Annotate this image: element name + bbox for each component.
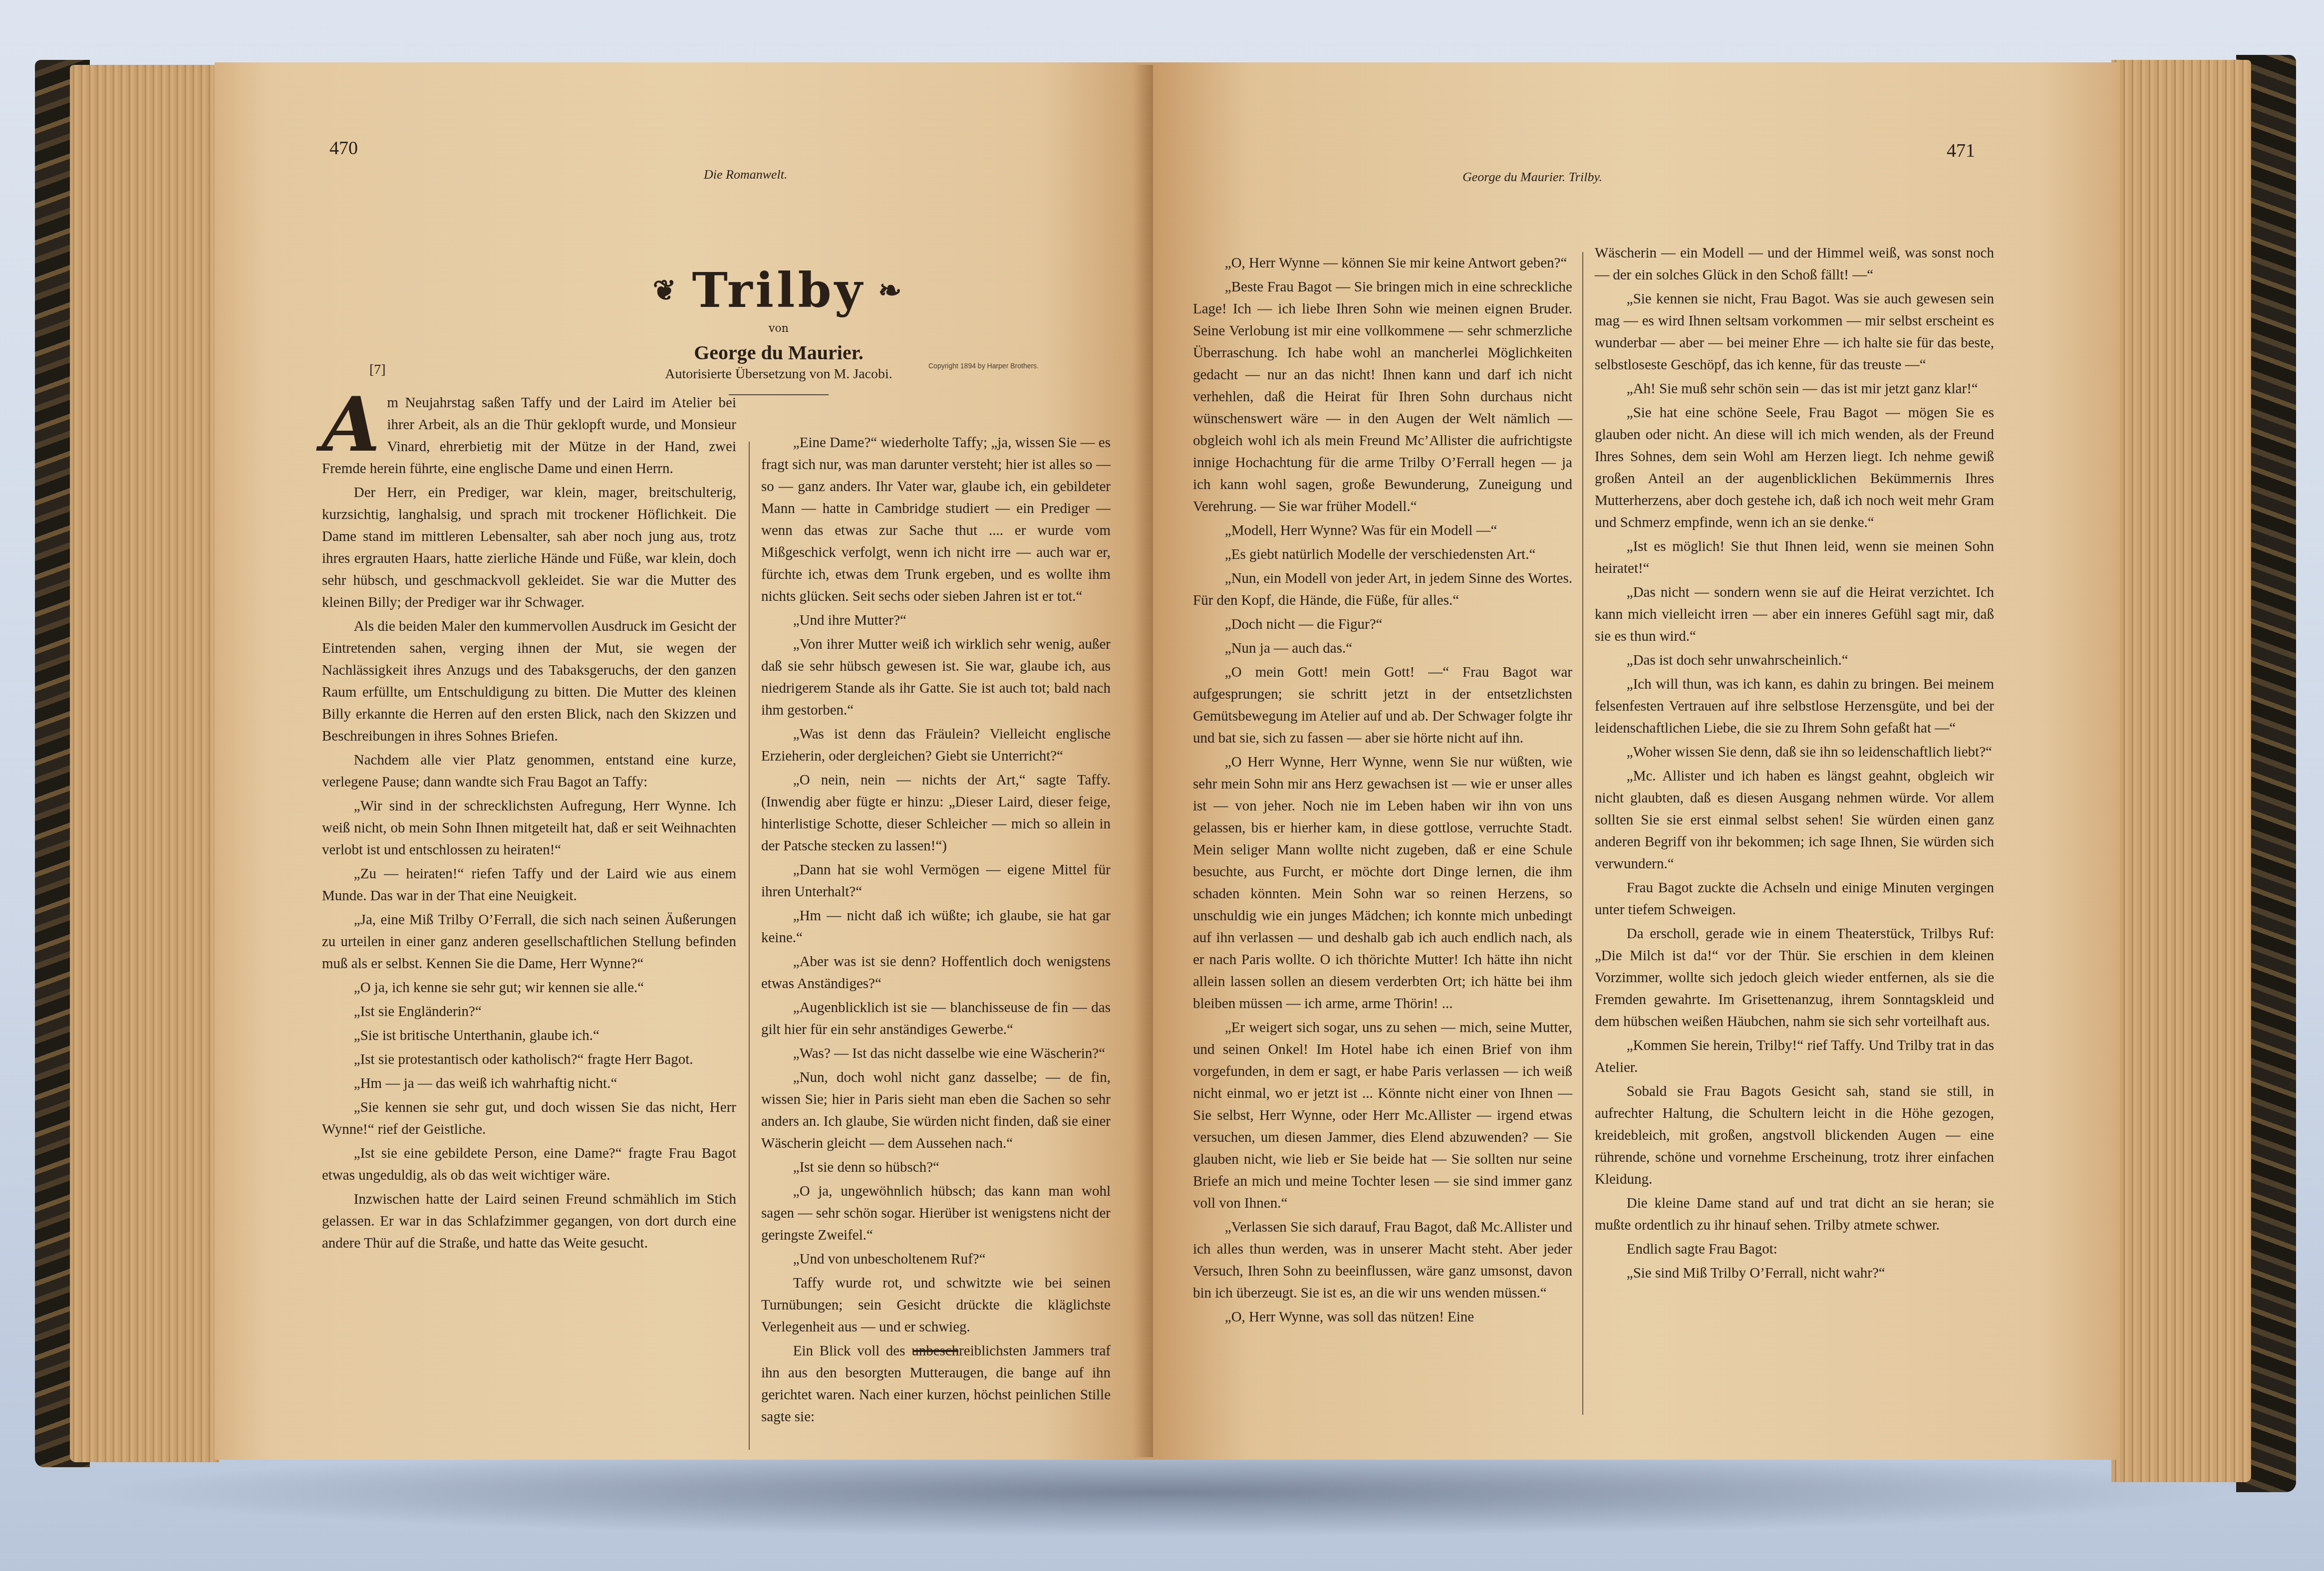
paragraph: „Was? — Ist das nicht dasselbe wie eine … — [761, 1043, 1111, 1064]
paragraph: Die kleine Dame stand auf und trat dicht… — [1595, 1192, 1994, 1236]
title-author: George du Maurier. — [564, 341, 993, 364]
ornament-flourish-right-icon: ❧ — [878, 274, 904, 307]
paragraph: Ein Blick voll des unbeschreiblichsten J… — [761, 1340, 1111, 1428]
paragraph: „Aber was ist sie denn? Hoffentlich doch… — [761, 951, 1111, 995]
title-divider — [729, 394, 829, 395]
left-page-column-2: „Eine Dame?“ wiederholte Taffy; „ja, wis… — [761, 432, 1111, 1430]
paragraph: „Augenblicklich ist sie — blanchisseuse … — [761, 997, 1111, 1041]
left-page: 470 Die Romanwelt. ❦ Trilby ❧ von George… — [215, 62, 1153, 1460]
paragraph: „Hm — ja — das weiß ich wahrhaftig nicht… — [322, 1072, 736, 1094]
paragraph: „Doch nicht — die Figur?“ — [1193, 613, 1572, 635]
paragraph: „Hm — nicht daß ich wüßte; ich glaube, s… — [761, 905, 1111, 949]
paragraph: „O, Herr Wynne — können Sie mir keine An… — [1193, 252, 1572, 274]
chapter-title: ❦ Trilby ❧ — [564, 262, 993, 318]
paragraph: „Sie hat eine schöne Seele, Frau Bagot —… — [1595, 402, 1994, 533]
paragraph: „Zu — heiraten!“ riefen Taffy und der La… — [322, 863, 736, 907]
title-by: von — [564, 322, 993, 335]
running-head: George du Maurier. Trilby. — [1462, 170, 1602, 185]
paragraph: „O ja, ungewöhnlich hübsch; das kann man… — [761, 1180, 1111, 1246]
paragraph: „Nun ja — auch das.“ — [1193, 637, 1572, 659]
paragraph: „Das nicht — sondern wenn sie auf die He… — [1595, 581, 1994, 647]
paragraph: „Nun, ein Modell von jeder Art, in jedem… — [1193, 567, 1572, 611]
page-number: 470 — [329, 137, 358, 159]
section-number: [7] — [369, 362, 386, 378]
paragraph: „Sie sind Miß Trilby O’Ferrall, nicht wa… — [1595, 1262, 1994, 1284]
running-head: Die Romanwelt. — [704, 167, 788, 182]
paragraph: „Ah! Sie muß sehr schön sein — das ist m… — [1595, 378, 1994, 400]
paragraph: „Kommen Sie herein, Trilby!“ rief Taffy.… — [1595, 1035, 1994, 1078]
paragraph: „O mein Gott! mein Gott! —“ Frau Bagot w… — [1193, 661, 1572, 749]
paragraph: „Was ist denn das Fräulein? Vielleicht e… — [761, 723, 1111, 767]
paragraph: „Woher wissen Sie denn, daß sie ihn so l… — [1595, 741, 1994, 763]
paragraph: „Sie ist britische Unterthanin, glaube i… — [322, 1025, 736, 1047]
page-edges-left — [70, 65, 220, 1462]
paragraph: „Nun, doch wohl nicht ganz dasselbe; — d… — [761, 1066, 1111, 1154]
paragraph: „Sie kennen sie sehr gut, und doch wisse… — [322, 1096, 736, 1140]
chapter-end-rule — [913, 1350, 958, 1352]
paragraph: „O, Herr Wynne, was soll das nützen! Ein… — [1193, 1306, 1572, 1328]
paragraph: „Es giebt natürlich Modelle der verschie… — [1193, 543, 1572, 565]
paragraph: „Verlassen Sie sich darauf, Frau Bagot, … — [1193, 1216, 1572, 1304]
paragraph: „Und von unbescholtenem Ruf?“ — [761, 1248, 1111, 1270]
book-shadow — [90, 1447, 2236, 1537]
paragraph: „Und ihre Mutter?“ — [761, 609, 1111, 631]
copyright-notice: Copyright 1894 by Harper Brothers. — [928, 362, 1039, 370]
paragraph: „Sie kennen sie nicht, Frau Bagot. Was s… — [1595, 288, 1994, 376]
title-text: Trilby — [692, 262, 866, 318]
right-page: 471 George du Maurier. Trilby. „O, Herr … — [1153, 62, 2116, 1460]
paragraph: Frau Bagot zuckte die Achseln und einige… — [1595, 877, 1994, 921]
paragraph: „Ist sie Engländerin?“ — [322, 1001, 736, 1023]
paragraph: „Mc. Allister und ich haben es längst ge… — [1595, 765, 1994, 875]
paragraph: Sobald sie Frau Bagots Gesicht sah, stan… — [1595, 1080, 1994, 1190]
paragraph: Wäscherin — ein Modell — und der Himmel … — [1595, 242, 1994, 286]
paragraph: „Ich will thun, was ich kann, es dahin z… — [1595, 673, 1994, 739]
paragraph: „Er weigert sich sogar, uns zu sehen — m… — [1193, 1017, 1572, 1214]
paragraph: Nachdem alle vier Platz genommen, entsta… — [322, 749, 736, 793]
paragraph: „Ist sie protestantisch oder katholisch?… — [322, 1048, 736, 1070]
page-edges-right — [2111, 60, 2251, 1482]
paragraph: Der Herr, ein Prediger, war klein, mager… — [322, 482, 736, 613]
paragraph: Taffy wurde rot, und schwitzte wie bei s… — [761, 1272, 1111, 1338]
drop-cap: A — [322, 395, 380, 455]
paragraph: Am Neujahrstag saßen Taffy und der Laird… — [322, 392, 736, 480]
paragraph: „Ist es möglich! Sie thut Ihnen leid, we… — [1595, 535, 1994, 579]
paragraph: „O Herr Wynne, Herr Wynne, wenn Sie nur … — [1193, 751, 1572, 1015]
column-divider — [749, 442, 750, 1450]
paragraph: Endlich sagte Frau Bagot: — [1595, 1238, 1994, 1260]
right-page-column-1: „O, Herr Wynne — können Sie mir keine An… — [1193, 252, 1572, 1330]
paragraph: „O nein, nein — nichts der Art,“ sagte T… — [761, 769, 1111, 857]
paragraph: „Dann hat sie wohl Vermögen — eigene Mit… — [761, 859, 1111, 903]
paragraph: „Ist sie denn so hübsch?“ — [761, 1156, 1111, 1178]
paragraph: „Ist sie eine gebildete Person, eine Dam… — [322, 1142, 736, 1186]
paragraph: „Beste Frau Bagot — Sie bringen mich in … — [1193, 276, 1572, 518]
paragraph: „Von ihrer Mutter weiß ich wirklich sehr… — [761, 633, 1111, 721]
paragraph: Inzwischen hatte der Laird seinen Freund… — [322, 1188, 736, 1254]
chapter-title-block: ❦ Trilby ❧ von George du Maurier. Autori… — [564, 262, 993, 395]
paragraph: Da erscholl, gerade wie in einem Theater… — [1595, 923, 1994, 1033]
paragraph: „Eine Dame?“ wiederholte Taffy; „ja, wis… — [761, 432, 1111, 607]
paragraph: „O ja, ich kenne sie sehr gut; wir kenne… — [322, 977, 736, 999]
paragraph: „Ja, eine Miß Trilby O’Ferrall, die sich… — [322, 909, 736, 975]
paragraph: „Wir sind in der schrecklichsten Aufregu… — [322, 795, 736, 861]
paragraph: Als die beiden Maler den kummervollen Au… — [322, 615, 736, 747]
left-page-column-1: Am Neujahrstag saßen Taffy und der Laird… — [322, 392, 736, 1256]
paragraph: „Modell, Herr Wynne? Was für ein Modell … — [1193, 520, 1572, 541]
ornament-flourish-left-icon: ❦ — [653, 274, 679, 307]
right-page-column-2: Wäscherin — ein Modell — und der Himmel … — [1595, 242, 1994, 1286]
page-number: 471 — [1947, 140, 1975, 162]
paragraph: „Das ist doch sehr unwahrscheinlich.“ — [1595, 649, 1994, 671]
column-divider — [1582, 252, 1583, 1415]
